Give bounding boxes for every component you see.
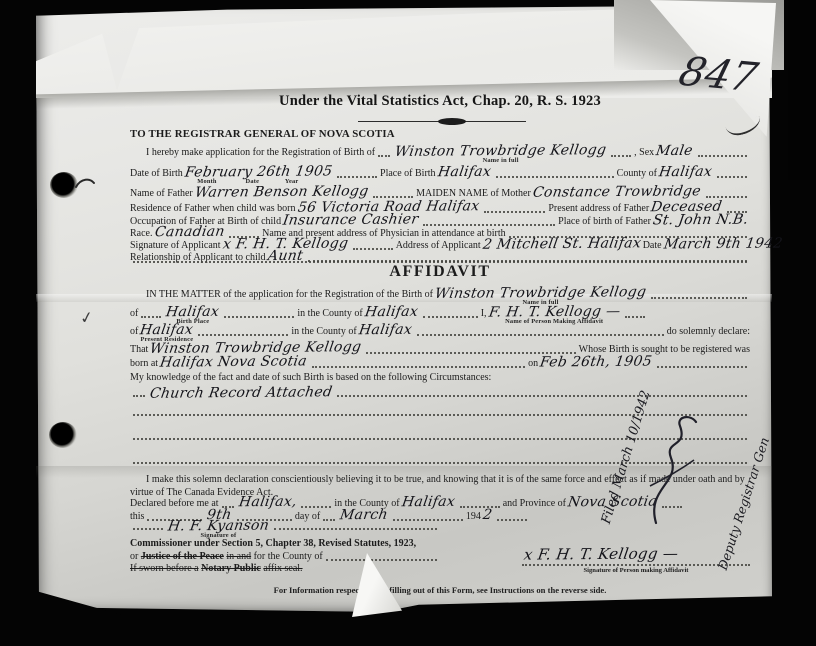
matter-row: IN THE MATTER of the application for the… (130, 288, 750, 300)
matter-name-field: Winston Trowbridge Kellogg Name in full (433, 288, 648, 298)
applicant-address-label: Address of Applicant (396, 240, 481, 251)
father-name-label: Name of Father (130, 188, 193, 199)
province-label: and Province of (503, 498, 566, 509)
affiant-signature-sublabel: Signature of Person making Affidavit (522, 567, 750, 574)
punch-hole (49, 422, 77, 448)
of-label: of (130, 308, 138, 319)
affiant-signature-value: x F. H. T. Kellogg — (523, 548, 679, 561)
declare-label: do solemnly declare: (667, 326, 750, 337)
mother-maiden-value: Constance Trowbridge (532, 186, 701, 198)
present-address-label: Present address of Father (548, 203, 649, 214)
birthplace-field: Halifax Birth Place (164, 307, 221, 317)
circumstances-value: Church Record Attached (149, 387, 333, 399)
pob-value: Halifax (437, 167, 492, 178)
born-at-row: born at Halifax Nova Scotia on Feb 26th,… (130, 357, 750, 369)
applicant-signature-row: Signature of Applicant x F. H. T. Kellog… (130, 239, 750, 251)
affiant-signature-block: x F. H. T. Kellogg — Signature of Person… (522, 546, 750, 574)
sworn-before-struck: If sworn before a (130, 563, 199, 574)
that-label: That (130, 344, 148, 355)
knowledge-label: My knowledge of the fact and date of suc… (130, 372, 491, 383)
sex-label: , Sex (634, 147, 654, 158)
parents-row: Name of Father Warren Benson Kellogg MAI… (130, 187, 750, 199)
present-residence-value: Halifax (140, 325, 195, 336)
page-number-annotation: 847 (674, 49, 762, 101)
born-at-value: Halifax Nova Scotia (159, 356, 308, 368)
county-label: County of (617, 168, 657, 179)
ink-mark (74, 176, 96, 190)
present-residence-field: Halifax Present Residence (138, 325, 195, 335)
matter-label: IN THE MATTER of the application for the… (146, 289, 433, 300)
declared-county-value: Halifax (401, 497, 456, 508)
declared-place-value: Halifax, (238, 497, 297, 508)
dob-row: Date of Birth February 26th 1905 Month D… (130, 167, 750, 179)
child-name-value: Winston Trowbridge Kellogg (394, 145, 607, 157)
father-pob-value: St. John N.B. (652, 215, 749, 226)
father-name-value: Warren Benson Kellogg (194, 186, 369, 198)
pob-label: Place of Birth (380, 168, 436, 179)
deputy-registrar-signature (636, 408, 706, 528)
or-label: or (130, 551, 138, 562)
title-divider (358, 118, 526, 126)
declarant-field: F. H. T. Kellogg — Name of Person Making… (487, 307, 622, 317)
declarant-name-value: F. H. T. Kellogg — (488, 306, 621, 318)
addressee-line: TO THE REGISTRAR GENERAL OF NOVA SCOTIA (130, 128, 750, 140)
for-county-label: for the County of (254, 551, 323, 562)
of-label: of (130, 326, 138, 337)
birthplace-value: Halifax (166, 307, 221, 318)
child-name-field: Winston Trowbridge Kellogg Name in full (393, 146, 608, 156)
race-value: Canadian (154, 227, 225, 238)
application-intro-row: I hereby make application for the Regist… (130, 146, 750, 158)
month-value: March (339, 510, 388, 521)
dob-field: February 26th 1905 Month Date Year (183, 167, 334, 177)
county-of-label: in the County of (291, 326, 356, 337)
affidavit-title: AFFIDAVIT (130, 263, 750, 281)
act-title: Under the Vital Statistics Act, Chap. 20… (130, 93, 750, 110)
county-of-label: in the County of (297, 308, 362, 319)
matter-name-value: Winston Trowbridge Kellogg (434, 287, 647, 299)
birth-county-value: Halifax (364, 307, 419, 318)
footer-instructions: For Information respecting the filling o… (130, 585, 750, 595)
addressee-label: TO THE REGISTRAR GENERAL OF NOVA SCOTIA (130, 128, 395, 140)
race-label: Race. (130, 228, 153, 239)
county-value: Halifax (658, 167, 713, 178)
declarant-sublabel: Name of Person Making Affidavit (505, 318, 603, 325)
intro-label: I hereby make application for the Regist… (146, 147, 375, 158)
commissioner-text: Commissioner under Section 5, Chapter 38… (130, 538, 416, 549)
on-date-value: Feb 26th, 1905 (539, 357, 653, 368)
notary-public-struck: Notary Public (201, 563, 261, 574)
year-written-value: 2 (482, 510, 493, 521)
occupation-value: Insurance Cashier (282, 214, 419, 226)
divider-ornament (438, 118, 466, 125)
declared-label: Declared before me at (130, 498, 219, 509)
applicant-address-value: 2 Mitchell St. Halifax (482, 238, 642, 250)
applicant-signature-label: Signature of Applicant (130, 240, 221, 251)
knowledge-row: My knowledge of the fact and date of suc… (130, 372, 750, 383)
commissioner-signature-field: H. F. Kyanson Signature of (166, 521, 271, 531)
justice-row: or Justice of the Peace in and for the C… (130, 551, 440, 562)
dob-value: February 26th 1905 (184, 166, 333, 178)
notary-row: If sworn before a Notary Public affix se… (130, 563, 440, 574)
on-label: on (528, 358, 538, 369)
in-and-struck: in and (226, 551, 251, 562)
dob-label: Date of Birth (130, 168, 183, 179)
affix-seal-struck: affix seal. (263, 563, 302, 574)
backdrop-right-edge (788, 0, 816, 180)
justice-of-peace-struck: Justice of the Peace (141, 551, 224, 562)
that-name-value: Winston Trowbridge Kellogg (149, 342, 362, 354)
commissioner-signature-row: H. F. Kyanson Signature of (130, 521, 440, 531)
scanned-document-photo: Under the Vital Statistics Act, Chap. 20… (0, 0, 816, 646)
circumstances-row: Church Record Attached (130, 388, 750, 398)
application-date-value: March 9th 1942 (663, 238, 783, 250)
year-printed: 194 (466, 511, 481, 522)
residence-county-value: Halifax (358, 325, 413, 336)
father-residence-label: Residence of Father when child was born (130, 203, 296, 214)
residence-aff-row: of Halifax Present Residence in the Coun… (130, 325, 750, 337)
commissioner-signature-value: H. F. Kyanson (167, 521, 270, 532)
sex-value: Male (655, 146, 693, 157)
birthplace-row: of Halifax Birth Place in the County of … (130, 307, 750, 319)
father-pob-label: Place of birth of Father (558, 216, 651, 227)
application-date-label: Date (643, 240, 662, 251)
born-at-label: born at (130, 358, 158, 369)
